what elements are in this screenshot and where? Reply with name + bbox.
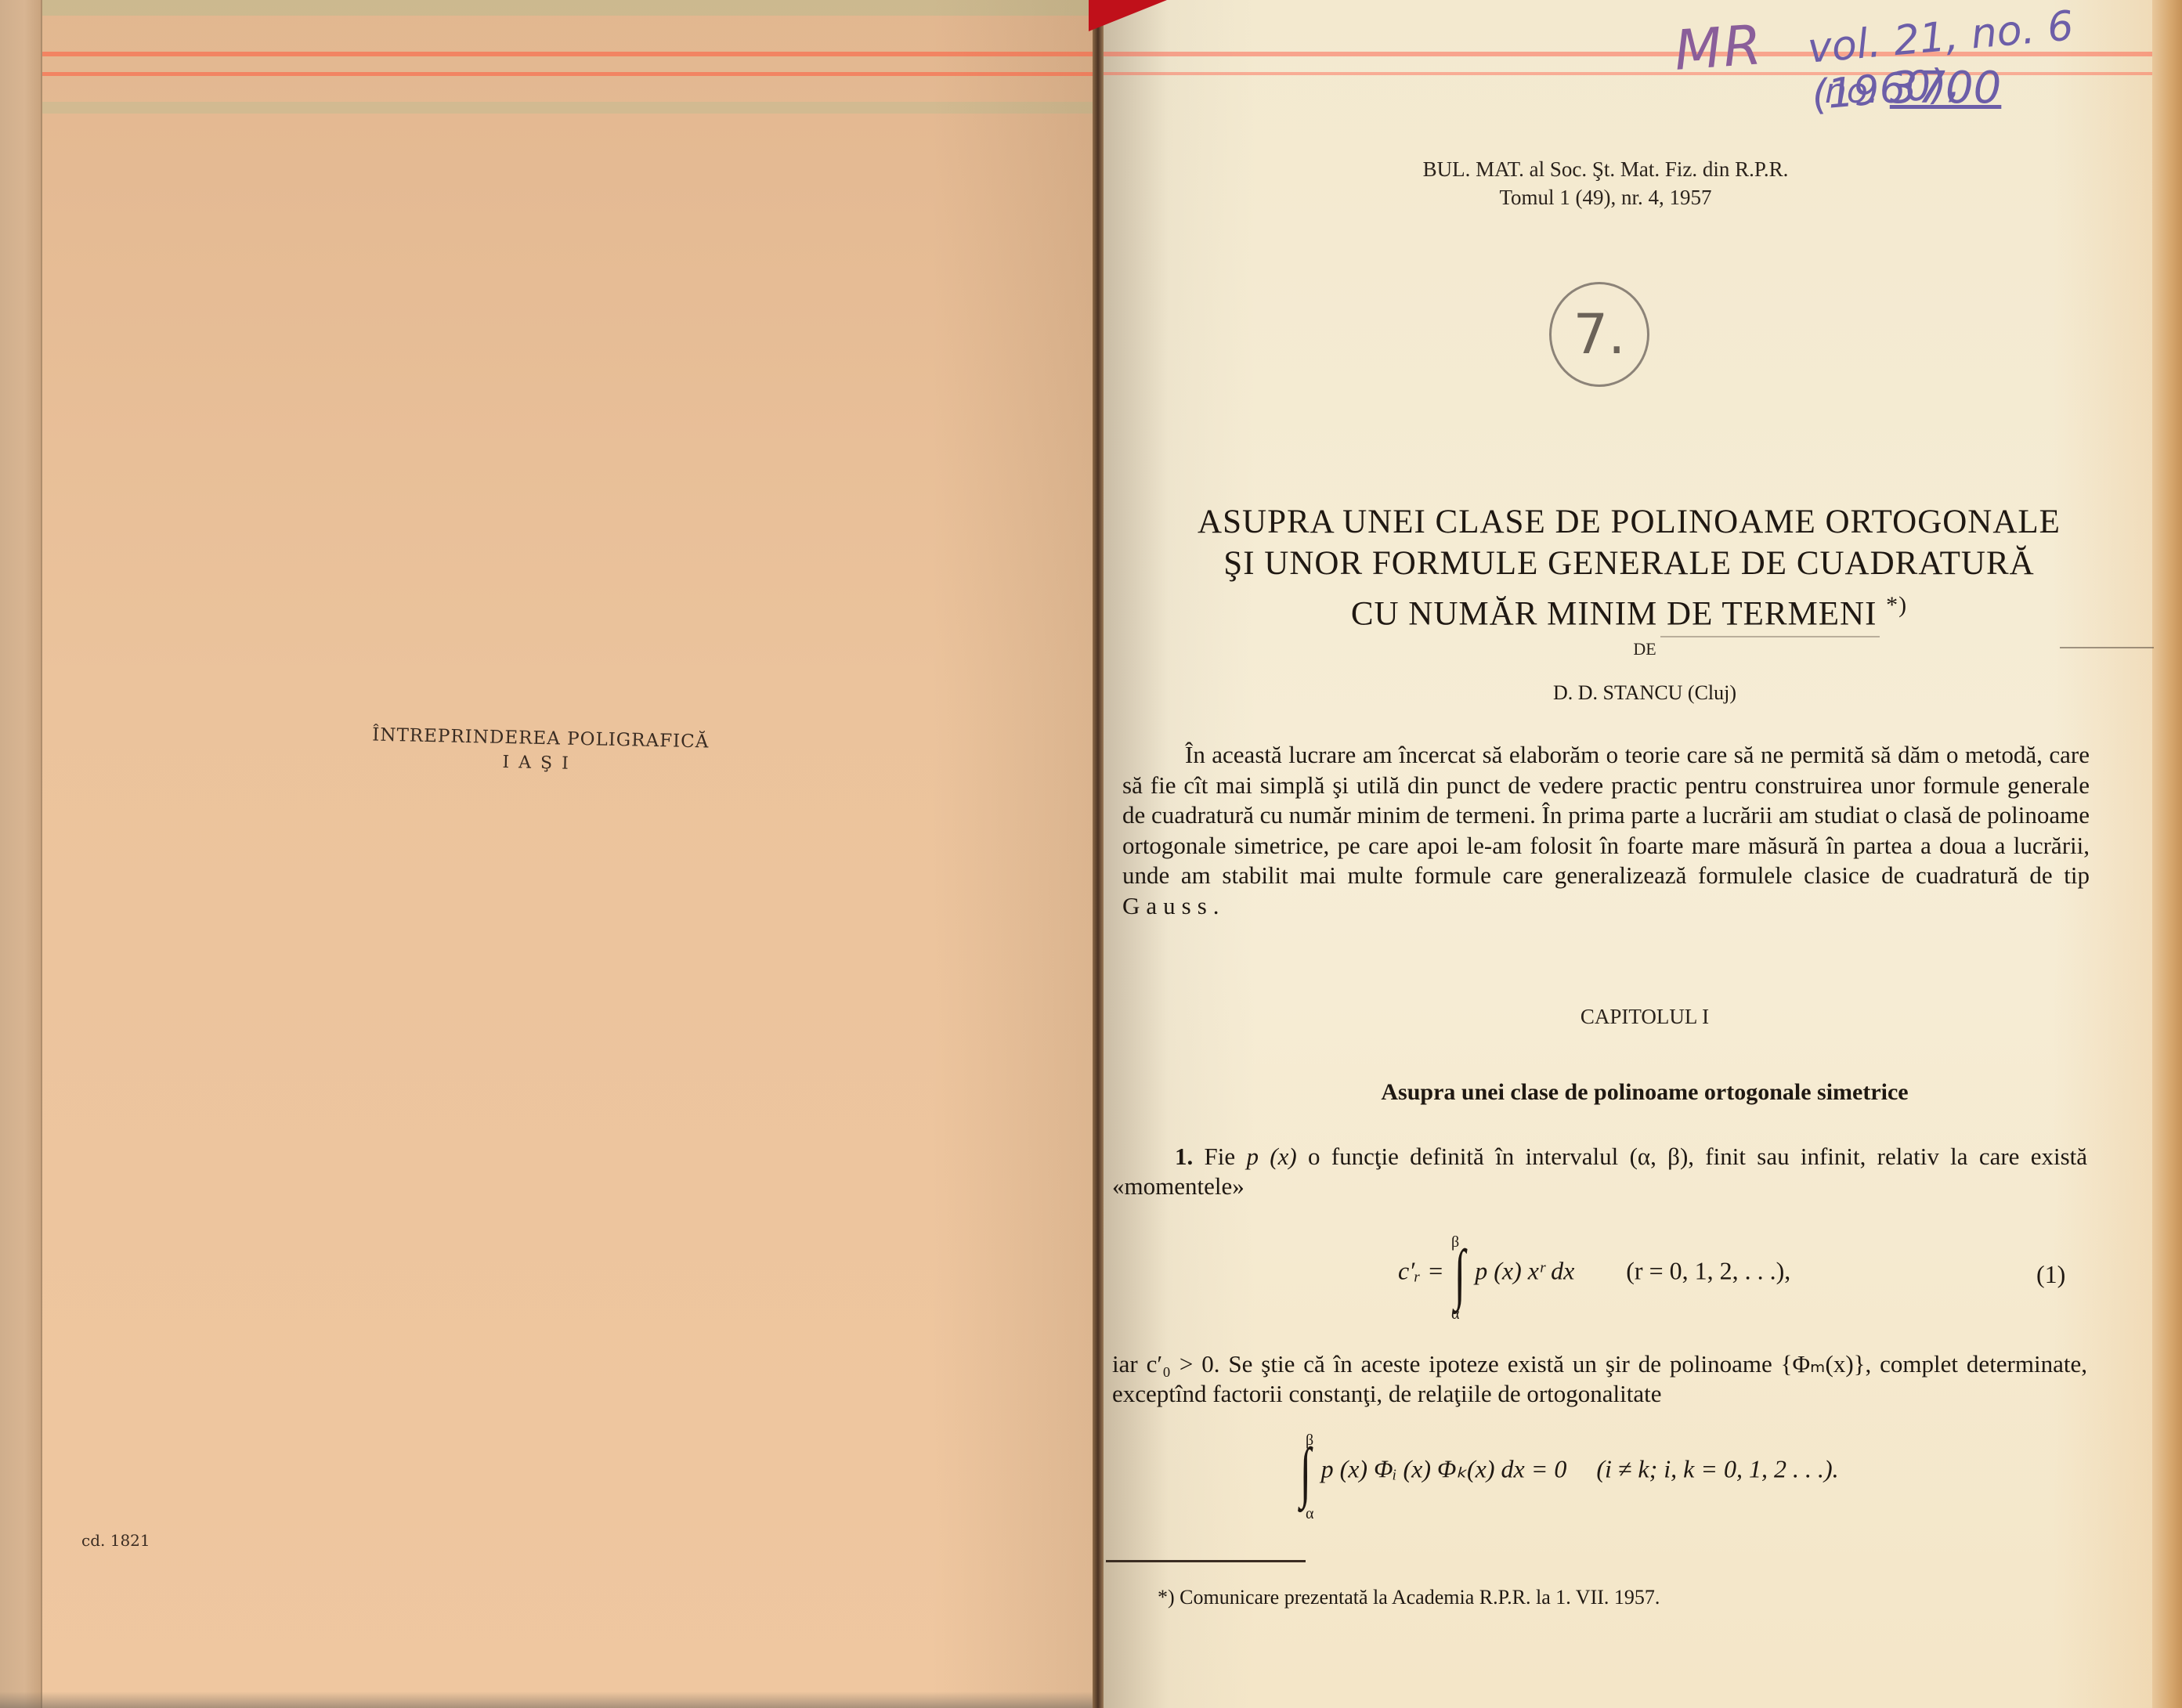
bleed-through-rule-right [2060,647,2154,648]
paragraph-number: 1. [1175,1143,1193,1170]
eq1-label: (1) [2036,1260,2065,1289]
mr-number-prefix: no. [1825,71,1879,111]
eq2-body: ∫ p (x) Φᵢ (x) Φₖ(x) dx = 0 (i ≠ k; i, k… [1296,1438,1839,1505]
eq1-body: c′ᵣ = ∫ p (x) xʳ dx (r = 0, 1, 2, . . .)… [1398,1240,1790,1307]
title-line3: CU NUMĂR MINIM DE TERMENI [1351,595,1877,632]
circled-number: 7. [1573,302,1626,367]
eq1-lhs: c′ᵣ = [1398,1256,1444,1284]
eq2-condition: (i ≠ k; i, k = 0, 1, 2 . . .). [1596,1454,1838,1482]
integral-sign: ∫ [1300,1438,1311,1505]
abstract: În această lucrare am încercat să elabor… [1122,740,2090,921]
chapter-heading: CAPITOLUL I [1449,1005,1841,1029]
journal-header: BUL. MAT. al Soc. Şt. Mat. Fiz. din R.P.… [1331,155,1880,211]
left-page [0,0,1096,1708]
abstract-text: În această lucrare am încercat să elabor… [1122,741,2090,889]
journal-header-line1: BUL. MAT. al Soc. Şt. Mat. Fiz. din R.P.… [1331,155,1880,183]
equation-2: β α ∫ p (x) Φᵢ (x) Φₖ(x) dx = 0 (i ≠ k; … [1296,1432,2001,1526]
abstract-name-gauss: Gauss [1122,892,1213,919]
integral-sign: ∫ [1454,1240,1465,1307]
title-footnote-mark: *) [1886,592,1907,618]
eq2-integrand: p (x) Φᵢ (x) Φₖ(x) dx = 0 [1321,1454,1567,1482]
circled-number-annotation: 7. [1549,282,1649,387]
title-line1: ASUPRA UNEI CLASE DE POLINOAME ORTOGONAL… [1128,501,2130,543]
scan-artifact-lines [0,0,1096,125]
title-line3-wrap: CU NUMĂR MINIM DE TERMENI *) [1128,584,2130,634]
footnote: *) Comunicare prezentată la Academia R.P… [1158,1586,1660,1609]
article-title: ASUPRA UNEI CLASE DE POLINOAME ORTOGONAL… [1128,501,2130,634]
by-label: DE [1527,639,1762,659]
footnote-rule [1106,1560,1306,1562]
paragraph-2: iar c′₀ > 0. Se ştie că în aceste ipotez… [1112,1349,2087,1409]
handwritten-mr-number: no. 3700 [1825,63,2001,114]
red-bookmark-ribbon [1089,0,1167,31]
journal-header-line2: Tomul 1 (49), nr. 4, 1957 [1331,183,1880,211]
book-spread: ÎNTREPRINDEREA POLIGRAFICĂ IAŞI cd. 1821… [0,0,2182,1708]
equation-1: β α c′ᵣ = ∫ p (x) xʳ dx (r = 0, 1, 2, . … [1398,1233,2103,1327]
title-line2: ŞI UNOR FORMULE GENERALE DE CUADRATURĂ [1128,543,2130,584]
section-title: Asupra unei clase de polinoame ortogonal… [1214,1079,2075,1106]
paragraph-1: 1. Fie p (x) o funcţie definită în inter… [1112,1142,2087,1201]
right-page-edge [2152,0,2182,1708]
paragraph-1-text-a: Fie [1205,1143,1236,1170]
abstract-end: . [1213,892,1219,919]
left-page-edge [0,0,42,1708]
author: D. D. STANCU (Cluj) [1410,681,1880,705]
paragraph-1-px: p (x) [1246,1143,1296,1170]
printer-imprint: ÎNTREPRINDEREA POLIGRAFICĂ IAŞI [367,724,713,776]
eq1-condition: (r = 0, 1, 2, . . .), [1626,1256,1790,1284]
page-shadow [0,1692,1096,1708]
print-code: cd. 1821 [81,1531,150,1550]
handwritten-mr-label: MR [1672,13,1765,83]
bleed-through-rule [1660,636,1880,637]
book-gutter [1093,0,1104,1708]
mr-number-value: 3700 [1890,63,2002,114]
eq1-integrand: p (x) xʳ dx [1475,1256,1574,1284]
